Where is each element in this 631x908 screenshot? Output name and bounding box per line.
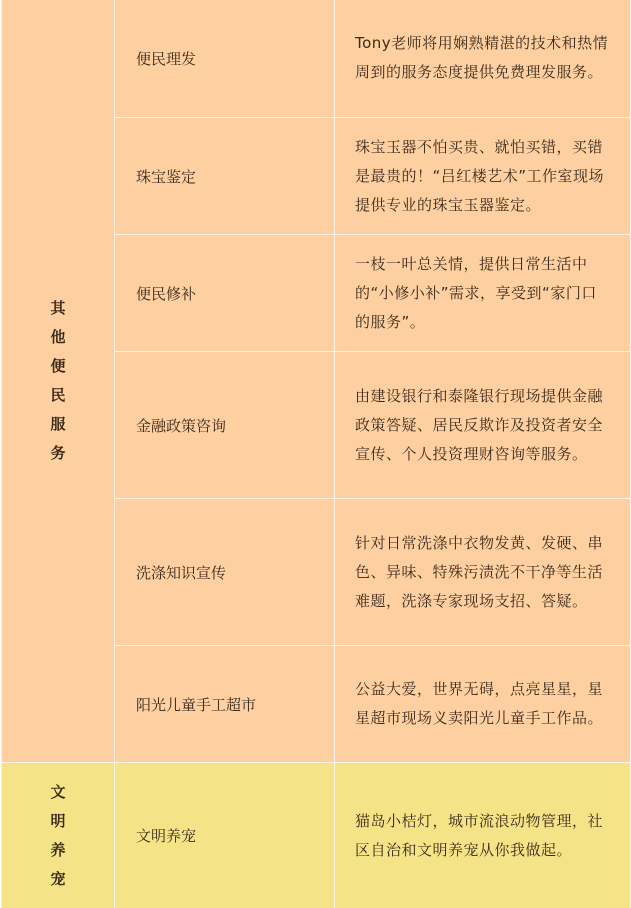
category-char: 明 [2,807,114,836]
service-name: 阳光儿童手工超市 [115,646,335,763]
service-name: 便民理发 [115,0,335,118]
category-cell-pet-care: 文 明 养 宠 [2,763,115,908]
category-char: 养 [2,836,114,865]
category-char: 其 [2,294,114,323]
category-cell-other-services: 其 他 便 民 服 务 [2,0,115,763]
service-description: Tony老师将用娴熟精湛的技术和热情周到的服务态度提供免费理发服务。 [335,0,631,118]
table-row: 文 明 养 宠 文明养宠 猫岛小桔灯，城市流浪动物管理，社区自治和文明养宠从你我… [2,763,631,908]
category-char: 便 [2,352,114,381]
service-name: 文明养宠 [115,763,335,908]
service-description: 由建设银行和泰隆银行现场提供金融政策答疑、居民反欺诈及投资者安全宣传、个人投资理… [335,352,631,499]
service-description: 针对日常洗涤中衣物发黄、发硬、串色、异味、特殊污渍洗不干净等生活难题，洗涤专家现… [335,499,631,646]
category-char: 务 [2,439,114,468]
table-row: 其 他 便 民 服 务 便民理发 Tony老师将用娴熟精湛的技术和热情周到的服务… [2,0,631,118]
services-table: 其 他 便 民 服 务 便民理发 Tony老师将用娴熟精湛的技术和热情周到的服务… [1,0,631,908]
service-description: 猫岛小桔灯，城市流浪动物管理，社区自治和文明养宠从你我做起。 [335,763,631,908]
service-description: 珠宝玉器不怕买贵、就怕买错，买错是最贵的！“吕红楼艺术”工作室现场提供专业的珠宝… [335,118,631,235]
service-name: 珠宝鉴定 [115,118,335,235]
category-char: 民 [2,381,114,410]
category-char: 他 [2,323,114,352]
category-char: 宠 [2,865,114,894]
service-description: 一枝一叶总关情，提供日常生活中的“小修小补”需求，享受到“家门口的服务”。 [335,235,631,352]
service-name: 洗涤知识宣传 [115,499,335,646]
service-name: 金融政策咨询 [115,352,335,499]
category-char: 服 [2,410,114,439]
service-name: 便民修补 [115,235,335,352]
service-description: 公益大爱，世界无碍，点亮星星，星星超市现场义卖阳光儿童手工作品。 [335,646,631,763]
category-char: 文 [2,778,114,807]
